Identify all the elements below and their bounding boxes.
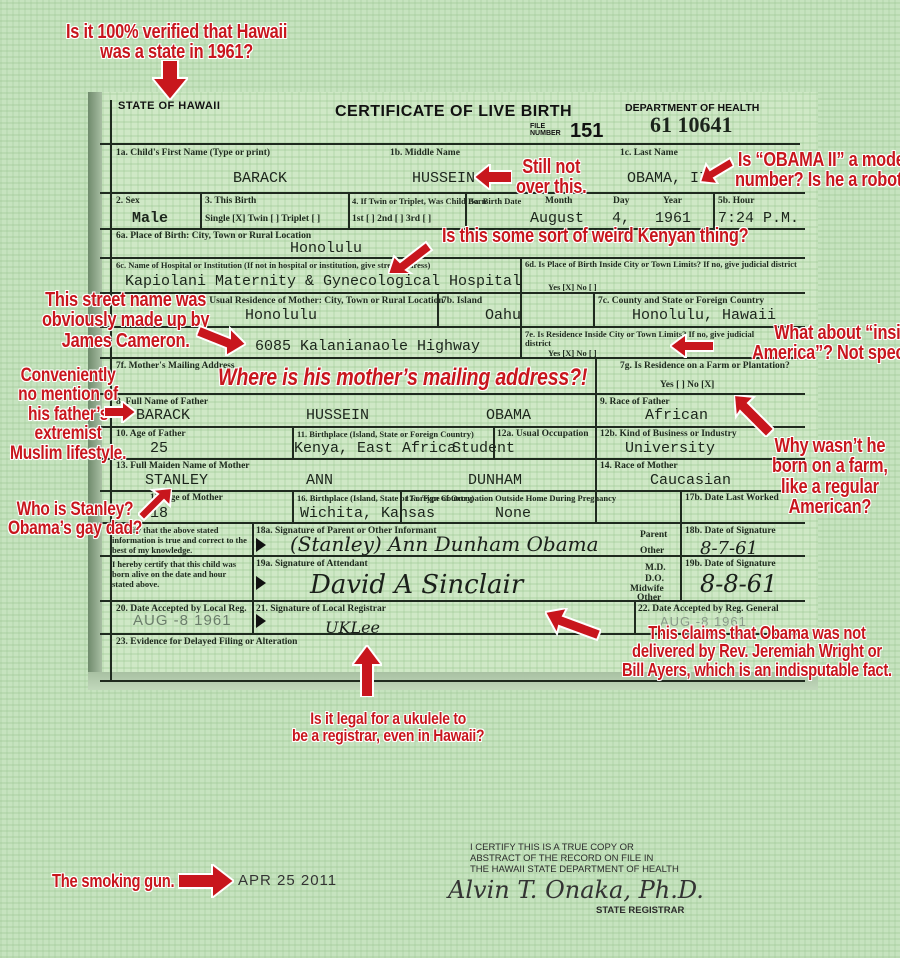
father-occupation: Student — [452, 440, 515, 457]
mailing-address-label: 7f. Mother's Mailing Address — [116, 361, 235, 371]
divider — [100, 192, 805, 194]
arrow-left-icon — [474, 164, 512, 190]
sex-value: Male — [132, 210, 168, 227]
father-business: University — [625, 440, 715, 457]
certify-line-2: ABSTRACT OF THE RECORD ON FILE IN — [470, 853, 653, 864]
mother-first-name: STANLEY — [145, 472, 208, 489]
street-address: 6085 Kalanianaole Highway — [255, 338, 480, 355]
father-birthplace: Kenya, East Africa — [294, 440, 456, 457]
divider — [100, 393, 805, 395]
residence-inside-city-label: 7e. Is Residence Inside City or Town Lim… — [525, 330, 765, 349]
this-birth-label: 3. This Birth — [205, 196, 256, 206]
father-middle-name: HUSSEIN — [306, 407, 369, 424]
island-value: Oahu — [485, 307, 521, 324]
place-of-birth: Honolulu — [290, 240, 362, 257]
annotation-smoking-gun: The smoking gun. — [52, 872, 174, 890]
divider — [713, 193, 715, 228]
issue-date-stamp: APR 25 2011 — [238, 872, 337, 889]
mother-birthplace: Wichita, Kansas — [300, 505, 435, 522]
divider — [520, 327, 522, 357]
informant-date-label: 18b. Date of Signature — [685, 526, 776, 536]
delayed-filing-label: 23. Evidence for Delayed Filing or Alter… — [116, 637, 297, 647]
signature-marker-icon — [256, 538, 266, 552]
hospital-label: 6c. Name of Hospital or Institution (If … — [116, 260, 430, 270]
annotation-line: Still not — [516, 157, 586, 177]
annotation-obama-ii: Is “OBAMA II” a model number? Is he a ro… — [735, 150, 900, 191]
annotation-line: Is it legal for a ukulele to — [292, 710, 484, 727]
divider — [348, 193, 350, 228]
birth-date-label: 5a. Birth Date — [470, 196, 521, 206]
farm-options: Yes [ ] No [X] — [660, 380, 714, 390]
arrow-up-left-icon — [545, 608, 601, 644]
divider — [100, 600, 805, 602]
attendant-signature: David A Sinclair — [310, 570, 523, 600]
local-registrar-label: 21. Signature of Local Registrar — [256, 604, 386, 614]
divider — [593, 293, 595, 326]
certify-line-3: THE HAWAII STATE DEPARTMENT OF HEALTH — [470, 864, 679, 875]
divider — [200, 193, 202, 228]
mother-residence-city: Honolulu — [245, 307, 317, 324]
father-age: 25 — [150, 440, 168, 457]
arrow-right-icon — [178, 864, 234, 898]
twin-order-options: 1st [ ] 2nd [ ] 3rd [ ] — [352, 214, 431, 224]
annotation-line: Obama’s gay dad? — [8, 519, 142, 538]
date-last-worked-label: 17b. Date Last Worked — [685, 493, 779, 503]
certificate-title: CERTIFICATE OF LIVE BIRTH — [335, 103, 572, 121]
mother-maiden-name-label: 13. Full Maiden Name of Mother — [116, 461, 250, 471]
sex-label: 2. Sex — [116, 196, 140, 206]
mother-middle-name: ANN — [306, 472, 333, 489]
day-label: Day — [613, 196, 629, 206]
annotation-line: obviously made up by — [42, 310, 209, 330]
annotation-line: Conveniently — [10, 366, 126, 385]
inside-city-label: 6d. Is Place of Birth Inside City or Tow… — [525, 260, 800, 269]
attendant-signature-label: 19a. Signature of Attendant — [256, 559, 368, 569]
annotation-ukulele: Is it legal for a ukulele to be a regist… — [292, 710, 484, 745]
file-number-label: FILE NUMBER — [530, 123, 562, 137]
mother-occupation: None — [495, 505, 531, 522]
annotation-line: delivered by Rev. Jeremiah Wright or — [622, 642, 892, 660]
arrow-left-icon — [670, 334, 714, 358]
divider — [100, 143, 800, 145]
annotation-street-name: This street name was obviously made up b… — [42, 290, 209, 351]
annotation-line: James Cameron. — [42, 331, 209, 351]
annotation-kenyan: Is this some sort of weird Kenyan thing? — [442, 226, 748, 246]
do-checkbox-label: D.O. — [645, 574, 664, 584]
annotation-line: Who is Stanley? — [8, 500, 142, 519]
father-first-name: BARACK — [136, 407, 190, 424]
child-first-name: BARACK — [233, 170, 287, 187]
registrar-title: STATE REGISTRAR — [596, 905, 684, 916]
annotation-line: be a registrar, even in Hawaii? — [292, 727, 484, 744]
annotation-line: Bill Ayers, which is an indisputable fac… — [622, 661, 892, 679]
certify-line-1: I CERTIFY THIS IS A TRUE COPY OR — [470, 842, 634, 853]
annotation-line: like a regular — [772, 477, 888, 497]
annotation-middle-name: Still not over this. — [516, 157, 586, 198]
state-heading: STATE OF HAWAII — [118, 100, 220, 112]
local-reg-date: AUG -8 1961 — [133, 612, 232, 629]
annotation-line: Is “OBAMA II” a model — [735, 150, 900, 170]
annotation-line: This street name was — [42, 290, 209, 310]
divider — [680, 491, 682, 601]
place-of-birth-label: 6a. Place of Birth: City, Town or Rural … — [116, 231, 311, 241]
divider — [252, 523, 254, 633]
file-number: 151 — [570, 120, 603, 143]
reg-general-date-label: 22. Date Accepted by Reg. General — [638, 604, 779, 614]
other-attendant-checkbox-label: Other — [637, 593, 661, 603]
divider — [100, 522, 805, 524]
arrow-down-left-icon — [388, 240, 434, 274]
residence-inside-city-options: Yes [X] No [ ] — [548, 348, 597, 358]
annotation-line: This claims that Obama was not — [622, 624, 892, 642]
arrow-up-icon — [352, 645, 382, 697]
annotation-line: Is it 100% verified that Hawaii — [66, 22, 287, 42]
father-age-label: 10. Age of Father — [116, 429, 186, 439]
year-label: Year — [663, 196, 682, 206]
annotation-line: Why wasn’t he — [772, 436, 888, 456]
mother-occupation-label: 17a. Type of Occupation Outside Home Dur… — [405, 493, 616, 503]
last-name-label: 1c. Last Name — [620, 148, 678, 158]
parent-checkbox-label: Parent — [640, 530, 667, 540]
inside-city-options: Yes [X] No [ ] — [548, 282, 597, 292]
hour-label: 5b. Hour — [718, 196, 754, 206]
child-first-name-label: 1a. Child's First Name (Type or print) — [116, 148, 270, 158]
divider — [100, 458, 805, 460]
child-last-name: OBAMA, II — [627, 170, 708, 187]
md-checkbox-label: M.D. — [645, 563, 666, 573]
annotation-inside-america: What about “inside America”? Not specifi… — [752, 323, 900, 364]
island-label: 7b. Island — [442, 296, 482, 306]
annotation-stanley: Who is Stanley? Obama’s gay dad? — [8, 500, 142, 539]
arrow-left-icon — [700, 156, 734, 184]
middle-name-label: 1b. Middle Name — [390, 148, 460, 158]
registrar-signature: Alvin T. Onaka, Ph.D. — [448, 876, 704, 904]
occupation-label: 12a. Usual Occupation — [497, 429, 589, 439]
arrow-right-icon — [196, 322, 246, 356]
other-checkbox-label: Other — [640, 546, 664, 556]
mother-residence-label: 7a. Usual Residence of Mother: City, Tow… — [195, 296, 444, 306]
business-label: 12b. Kind of Business or Industry — [600, 429, 737, 439]
hospital-name: Kapiolani Maternity & Gynecological Hosp… — [125, 273, 521, 290]
annotation-hawaii-state: Is it 100% verified that Hawaii was a st… — [66, 22, 287, 63]
annotation-line: Muslim lifestyle. — [10, 444, 126, 463]
annotation-mailing-address: Where is his mother’s mailing address?! — [218, 366, 587, 390]
mother-race-label: 14. Race of Mother — [600, 461, 678, 471]
annotation-line: America”? Not specified. — [752, 343, 900, 363]
local-registrar-signature: UKLee — [325, 618, 380, 637]
divider — [100, 680, 805, 682]
county-label: 7c. County and State or Foreign Country — [598, 296, 764, 306]
annotation-line: American? — [772, 497, 888, 517]
annotation-line: extremist — [10, 424, 126, 443]
child-middle-name: HUSSEIN — [412, 170, 475, 187]
father-race: African — [645, 407, 708, 424]
arrow-down-icon — [152, 60, 188, 100]
attendant-certification: I hereby certify that this child was bor… — [112, 560, 247, 589]
county-value: Honolulu, Hawaii — [632, 307, 776, 324]
father-last-name: OBAMA — [486, 407, 531, 424]
divider — [100, 426, 805, 428]
annotation-line: over this. — [516, 177, 586, 197]
annotation-farm: Why wasn’t he born on a farm, like a reg… — [772, 436, 888, 518]
attendant-date: 8-8-61 — [700, 570, 777, 598]
father-birthplace-label: 11. Birthplace (Island, State or Foreign… — [297, 429, 474, 439]
twin-order-label: 4. If Twin or Triplet, Was Child Born — [352, 196, 486, 206]
informant-date: 8-7-61 — [700, 538, 758, 559]
divider — [100, 490, 805, 492]
this-birth-options: Single [X] Twin [ ] Triplet [ ] — [205, 214, 320, 224]
mother-last-name: DUNHAM — [468, 472, 522, 489]
signature-marker-icon — [256, 576, 266, 590]
arrow-up-right-icon — [138, 488, 172, 522]
arrow-up-left-icon — [734, 395, 774, 437]
certificate-number: 61 10641 — [650, 112, 733, 138]
divider — [292, 491, 294, 522]
arrow-right-icon — [104, 401, 136, 423]
signature-marker-icon — [256, 614, 266, 628]
annotation-line: What about “inside — [752, 323, 900, 343]
attendant-date-label: 19b. Date of Signature — [685, 559, 776, 569]
informant-signature: (Stanley) Ann Dunham Obama — [290, 532, 599, 556]
mother-race: Caucasian — [650, 472, 731, 489]
annotation-line: born on a farm, — [772, 456, 888, 476]
annotation-line: number? Is he a robot? — [735, 170, 900, 190]
father-race-label: 9. Race of Father — [600, 397, 670, 407]
annotation-attendant: This claims that Obama was not delivered… — [622, 624, 892, 679]
